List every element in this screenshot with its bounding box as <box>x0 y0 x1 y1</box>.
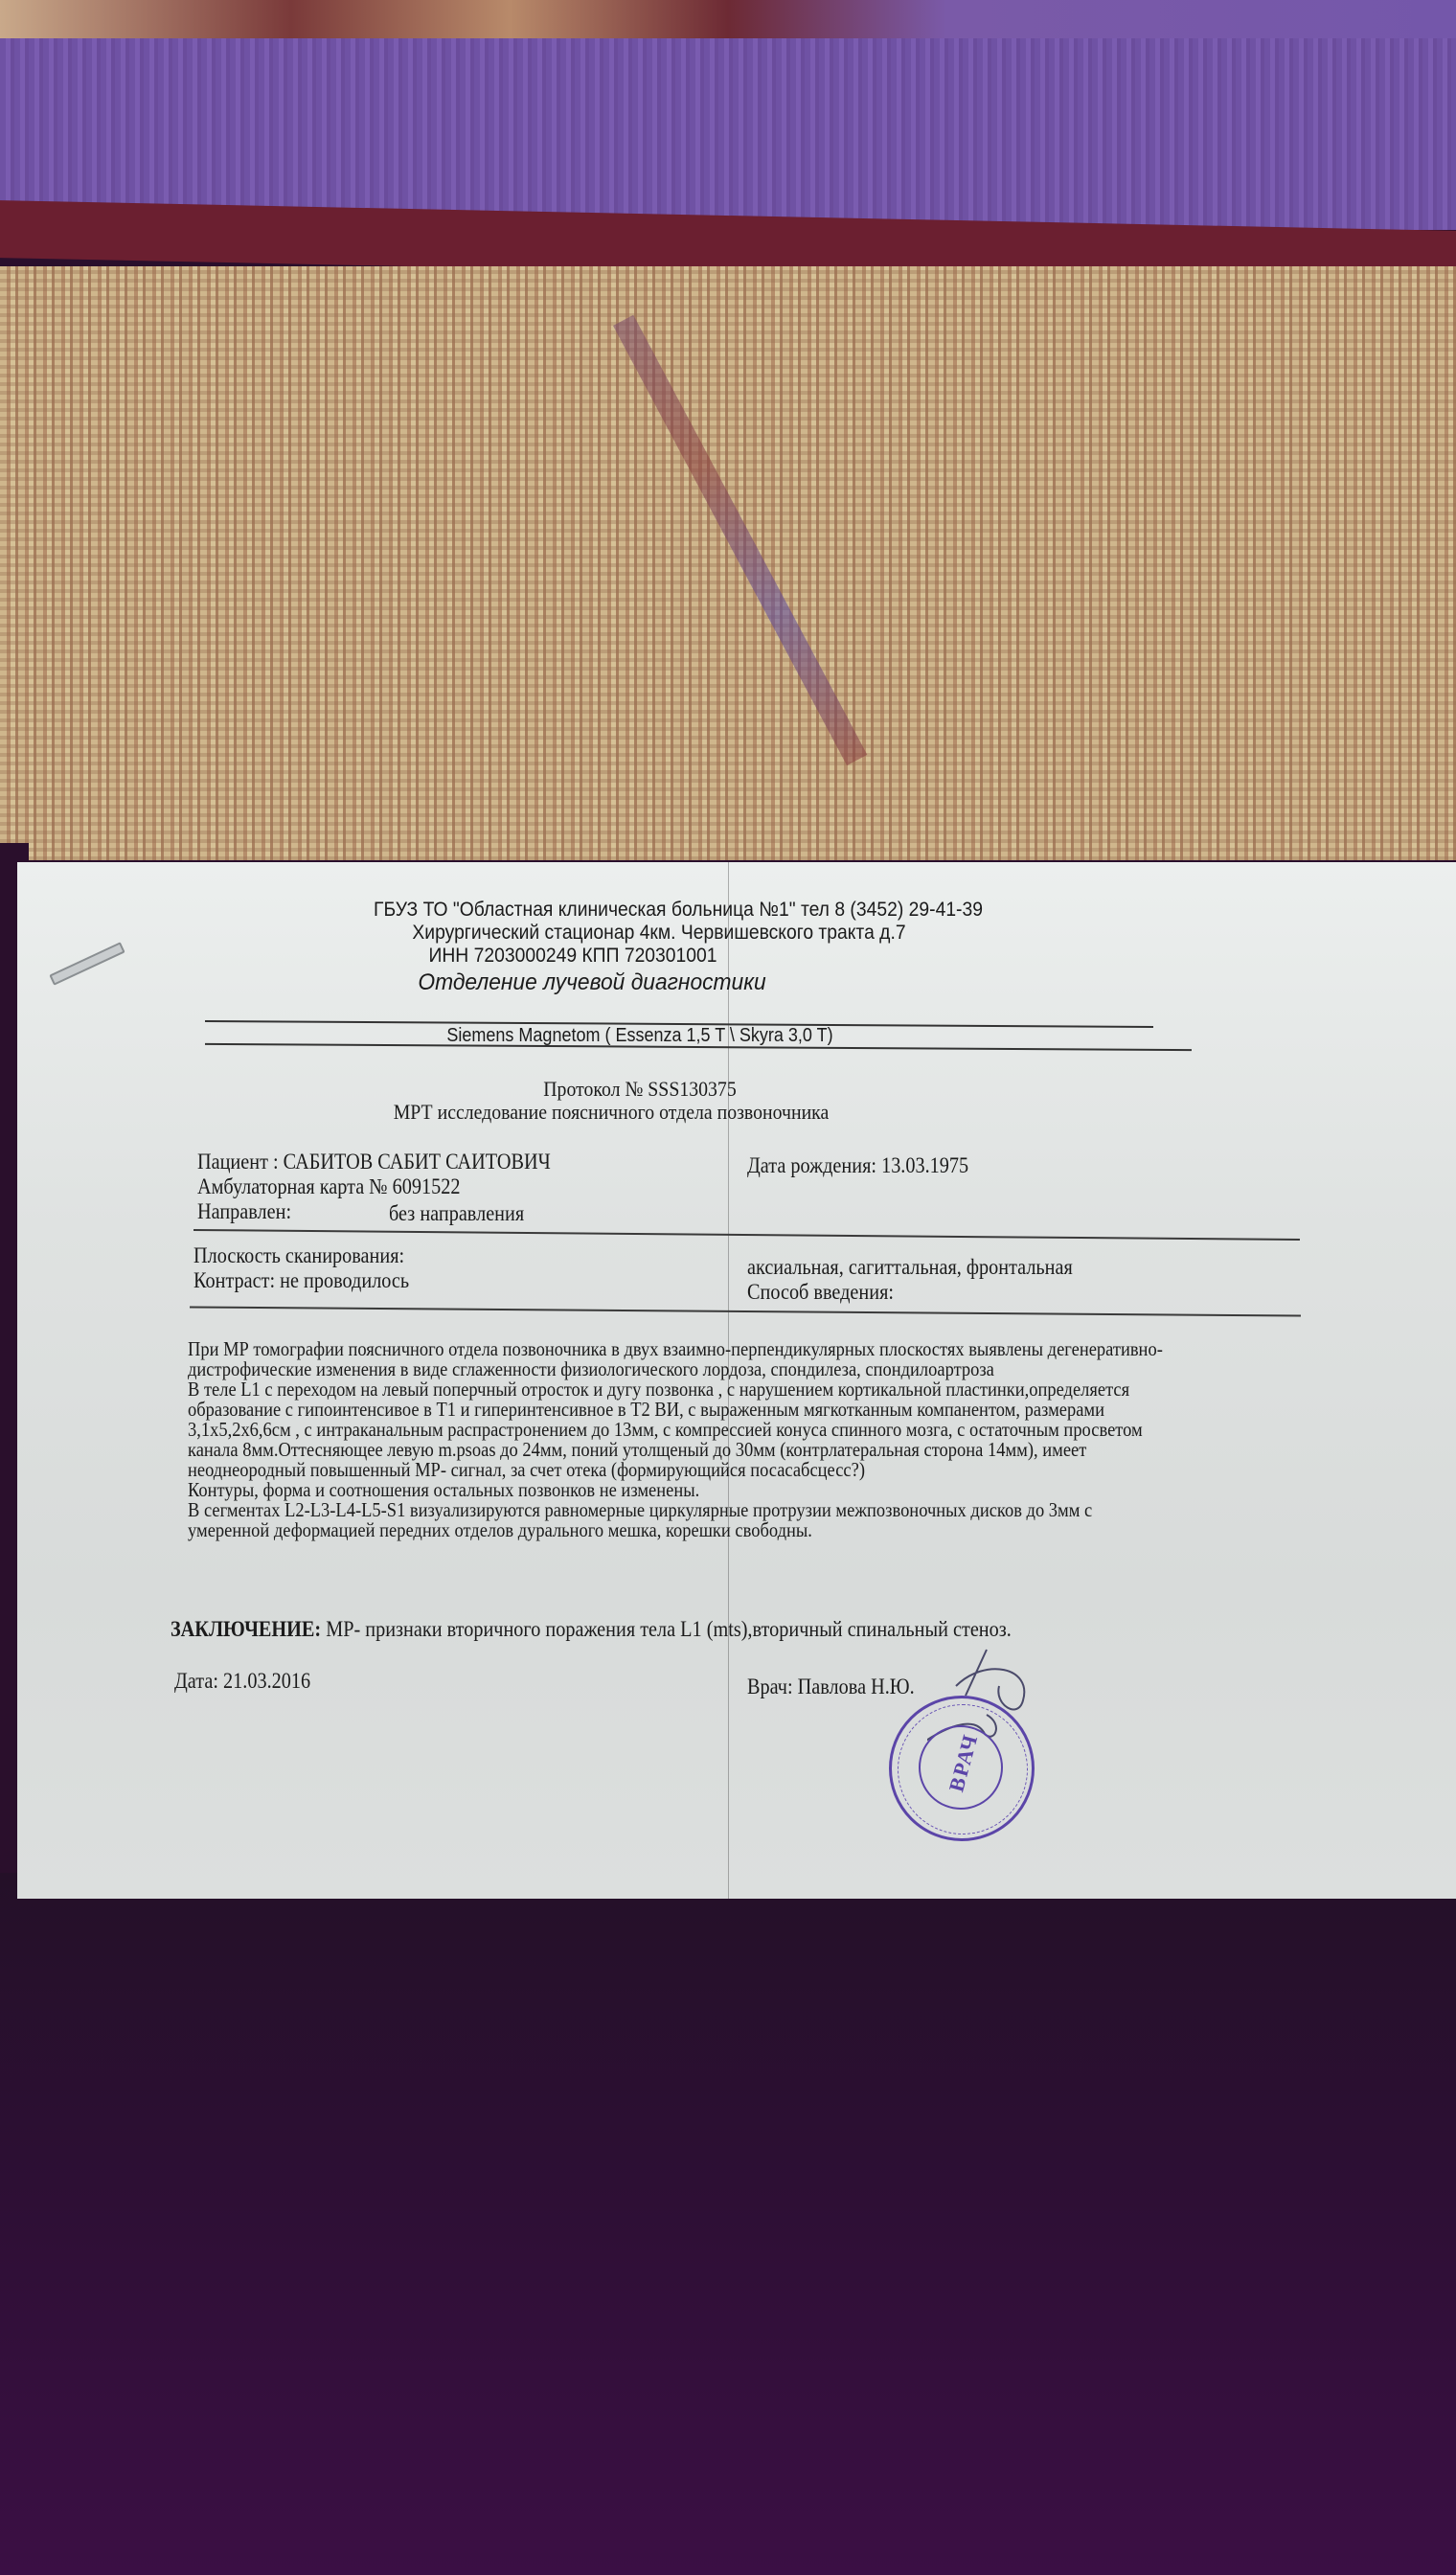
referral-value: без направления <box>389 1201 524 1226</box>
carpet-purple-area <box>0 38 1456 230</box>
card-row: Амбулаторная карта № 6091522 <box>197 1174 460 1199</box>
findings-line: 3,1х5,2х6,6см , с интраканальным распрас… <box>188 1420 1317 1440</box>
findings-line: При МР томографии поясничного отдела поз… <box>188 1339 1317 1359</box>
card-number: 6091522 <box>393 1174 461 1198</box>
findings-text: При МР томографии поясничного отдела поз… <box>188 1339 1317 1540</box>
department-title: Отделение лучевой диагностики <box>264 969 920 996</box>
findings-line: В теле L1 с переходом на левый поперчный… <box>188 1379 1317 1400</box>
card-label: Амбулаторная карта № <box>197 1174 388 1198</box>
birth-date-value: 13.03.1975 <box>881 1153 968 1177</box>
birth-date-row: Дата рождения: 13.03.1975 <box>747 1153 968 1178</box>
doctor-stamp-icon: ВРАЧ <box>889 1696 1035 1841</box>
conclusion: ЗАКЛЮЧЕНИЕ: МР- признаки вторичного пора… <box>171 1617 1012 1642</box>
doctor-label: Врач: <box>747 1675 793 1698</box>
doctor-row: Врач: Павлова Н.Ю. <box>747 1675 915 1699</box>
patient-row: Пациент : САБИТОВ САБИТ САИТОВИЧ <box>197 1150 551 1174</box>
doctor-name: Павлова Н.Ю. <box>798 1675 915 1698</box>
findings-line: дистрофические изменения в виде сглаженн… <box>188 1359 1317 1379</box>
study-title: МРТ исследование поясничного отдела позв… <box>266 1100 956 1125</box>
conclusion-text: МР- признаки вторичного поражения тела L… <box>321 1617 1012 1641</box>
mri-report-document: ГБУЗ ТО "Областная клиническая больница … <box>17 862 1456 1899</box>
referral-label: Направлен: <box>197 1199 291 1224</box>
date-value: 21.03.2016 <box>223 1669 310 1693</box>
findings-line: В сегментах L2-L3-L4-L5-S1 визуализируют… <box>188 1500 1317 1520</box>
carpet-beige-area <box>0 266 1456 860</box>
protocol-number: Протокол № SSS130375 <box>338 1077 942 1102</box>
contrast-row: Контраст: не проводилось <box>193 1268 409 1293</box>
dark-purple-surface <box>0 1873 1456 2575</box>
patient-label: Пациент : <box>197 1150 279 1174</box>
findings-line: умеренной деформацией передних отделов д… <box>188 1520 1317 1540</box>
contrast-label: Контраст: <box>193 1268 275 1292</box>
birth-date-label: Дата рождения: <box>747 1153 876 1177</box>
scan-divider <box>190 1306 1301 1316</box>
date-row: Дата: 21.03.2016 <box>174 1669 310 1694</box>
contrast-value: не проводилось <box>280 1268 409 1292</box>
findings-line: образование с гипоинтенсивое в Т1 и гипе… <box>188 1400 1317 1420</box>
institution-line: ГБУЗ ТО "Областная клиническая больница … <box>282 899 1075 922</box>
findings-line: неоднеородный повышенный МР- сигнал, за … <box>188 1460 1317 1480</box>
plane-label: Плоскость сканирования: <box>193 1243 404 1268</box>
plane-value: аксиальная, сагиттальная, фронтальная <box>747 1255 1073 1280</box>
patient-name: САБИТОВ САБИТ САИТОВИЧ <box>284 1150 551 1174</box>
address-line: Хирургический стационар 4км. Червишевско… <box>262 922 1056 945</box>
route-label: Способ введения: <box>747 1280 894 1305</box>
tax-ids-line: ИНН 7203000249 КПП 720301001 <box>256 945 890 968</box>
patient-divider <box>193 1229 1300 1241</box>
date-label: Дата: <box>174 1669 218 1693</box>
findings-line: Контуры, форма и соотношения остальных п… <box>188 1480 1317 1500</box>
findings-line: канала 8мм.Оттесняющее левую m.psoas до … <box>188 1440 1317 1460</box>
conclusion-label: ЗАКЛЮЧЕНИЕ: <box>171 1617 321 1641</box>
